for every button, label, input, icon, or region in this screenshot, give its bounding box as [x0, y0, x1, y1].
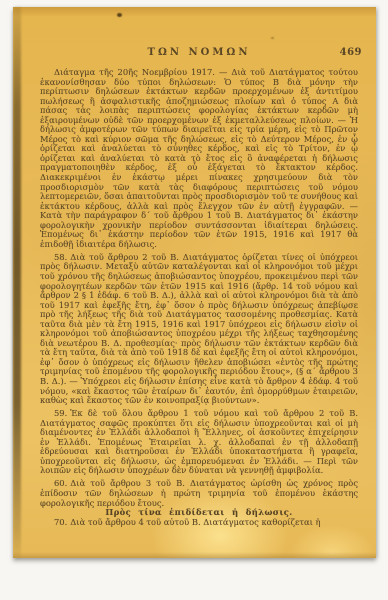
section-text: Ἐκ δὲ τοῦ ὅλου ἄρθρου 1 τοῦ νόμου καὶ το… [40, 408, 358, 475]
ink-stain [271, 37, 274, 39]
left-edge-shadow [13, 7, 21, 558]
section-70: 70.Διὰ τοῦ ἄρθρου 4 τοῦ αὐτοῦ Β. Διατάγμ… [40, 518, 358, 528]
intro-paragraph: Διάταγμα τῆς 20ῆς Νοεμβρίου 1917. — Διὰ … [40, 68, 358, 249]
page-number: 469 [340, 47, 362, 58]
section-59: 59.Ἐκ δὲ τοῦ ὅλου ἄρθρου 1 τοῦ νόμου καὶ… [40, 409, 358, 476]
body-text: Διάταγμα τῆς 20ῆς Νοεμβρίου 1917. — Διὰ … [40, 68, 358, 527]
bottom-edge-shadow [13, 552, 376, 558]
paper-sheet: ΤΩΝ ΝΟΜΩΝ 469 Διάταγμα τῆς 20ῆς Νοεμβρίο… [13, 7, 376, 558]
section-text: Διὰ τοῦ ἄρθρου 2 τοῦ Β. Διατάγματος ὁρίζ… [40, 252, 358, 405]
section-number: 60. [54, 478, 67, 488]
scanned-book-page: ΤΩΝ ΝΟΜΩΝ 469 Διάταγμα τῆς 20ῆς Νοεμβρίο… [0, 0, 388, 600]
page-header: ΤΩΝ ΝΟΜΩΝ 469 [40, 47, 358, 61]
section-60: 60.Διὰ τοῦ ἄρθρου 3 τοῦ Β. Διατάγματος ὡ… [40, 479, 358, 508]
section-number: 59. [54, 408, 67, 418]
section-number: 70. [54, 517, 67, 527]
section-text: Διὰ τοῦ ἄρθρου 4 τοῦ αὐτοῦ Β. Διατάγματο… [70, 517, 320, 527]
ink-stain [117, 13, 122, 17]
section-text: Διὰ τοῦ ἄρθρου 3 τοῦ Β. Διατάγματος ὡρίσ… [40, 478, 358, 507]
running-title: ΤΩΝ ΝΟΜΩΝ [40, 47, 358, 58]
section-58: 58.Διὰ τοῦ ἄρθρου 2 τοῦ Β. Διατάγματος ὁ… [40, 253, 358, 406]
